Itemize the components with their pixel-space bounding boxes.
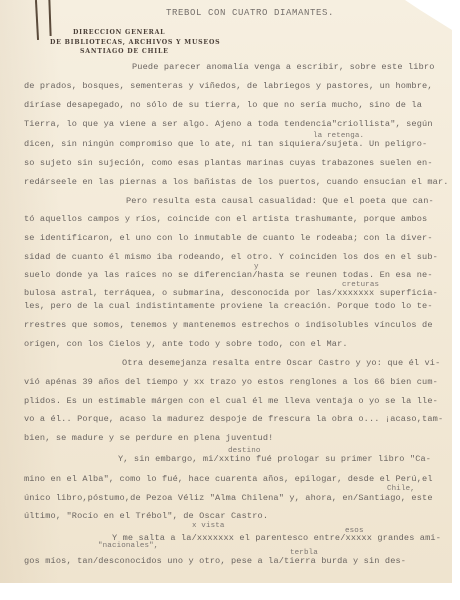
letterhead-line-2: DE BIBLIOTECAS, ARCHIVOS Y MUSEOS [50,39,220,46]
text-line-prefix: gos míos, [24,556,77,566]
text-line: Otra desemejanza resalta entre Oscar Cas… [122,358,440,368]
text-line: bulosa astral, terráquea, o submarina, d… [24,288,438,298]
text-line: tó aquellos campos y ríos, coincide con … [24,214,427,224]
text-line: último, "Rocío en el Trébol", de Oscar C… [24,511,268,521]
text-line: bien, se madure y se perdure en plena ju… [24,433,273,443]
text-line: rrestres que somos, tenemos y mantenemos… [24,320,433,330]
text-line: so sujeto sin sujeción, como esas planta… [24,158,433,168]
text-line: Puede parecer anomalía venga a escribir,… [132,62,435,72]
text-line: orígen, con los Cielos y, ante todo y so… [24,339,348,349]
document-title: TREBOL CON CUATRO DIAMANTES. [166,8,334,18]
letterhead-line-1: DIRECCION GENERAL [73,29,165,36]
text-line: mino en el Alba", como lo fué, hace cuar… [24,474,433,484]
text-line: Pero resulta esta causal casualidad: Que… [126,196,434,206]
handwritten-insertion: terbla [290,548,318,558]
text-line: sidad de cuanto él mismo iba rodeando, e… [24,252,438,262]
document-page: TREBOL CON CUATRO DIAMANTES. DIRECCION G… [0,0,452,583]
text-line: les, pero de la cual indistintamente pro… [24,301,433,311]
text-line: diríase desapegado, no sólo de su tierra… [24,100,422,110]
text-line: plidos. Es un estimable márgen con el cu… [24,396,438,406]
text-line: dicen, sin ningún compromiso que lo ate,… [24,139,427,149]
handwritten-insertion: x vista [192,521,225,531]
text-line: Y, sin embargo, mi/xxtino fué prologar s… [118,454,431,464]
text-line: redárseele en las piernas a los bañistas… [24,177,449,187]
handwritten-insertion: "nacionales", [98,541,158,551]
text-line-rest: tan/desconocidos uno y otro, pese a la/t… [77,556,406,566]
text-line: de prados, bosques, sementeras y viñedos… [24,81,433,91]
text-line: Tierra, lo que ya viene a ser algo. Ajen… [24,119,433,129]
letterhead-line-3: SANTIAGO DE CHILE [80,48,169,55]
text-line: Y me salta a la/xxxxxxx el parentesco en… [112,533,441,543]
text-line: suelo donde ya las raíces no se diferenc… [24,270,433,280]
text-line: vo a él.. Porque, acaso la madurez despo… [24,414,443,424]
text-line: gos míos, tan/desconocidos uno y otro, p… [24,556,406,566]
text-line: vió apénas 39 años del tiempo y xx trazo… [24,377,438,387]
text-line: se identificaron, el uno con lo inmutabl… [24,233,433,243]
text-line: único libro,póstumo,de Pezoa Véliz "Alma… [24,493,433,503]
